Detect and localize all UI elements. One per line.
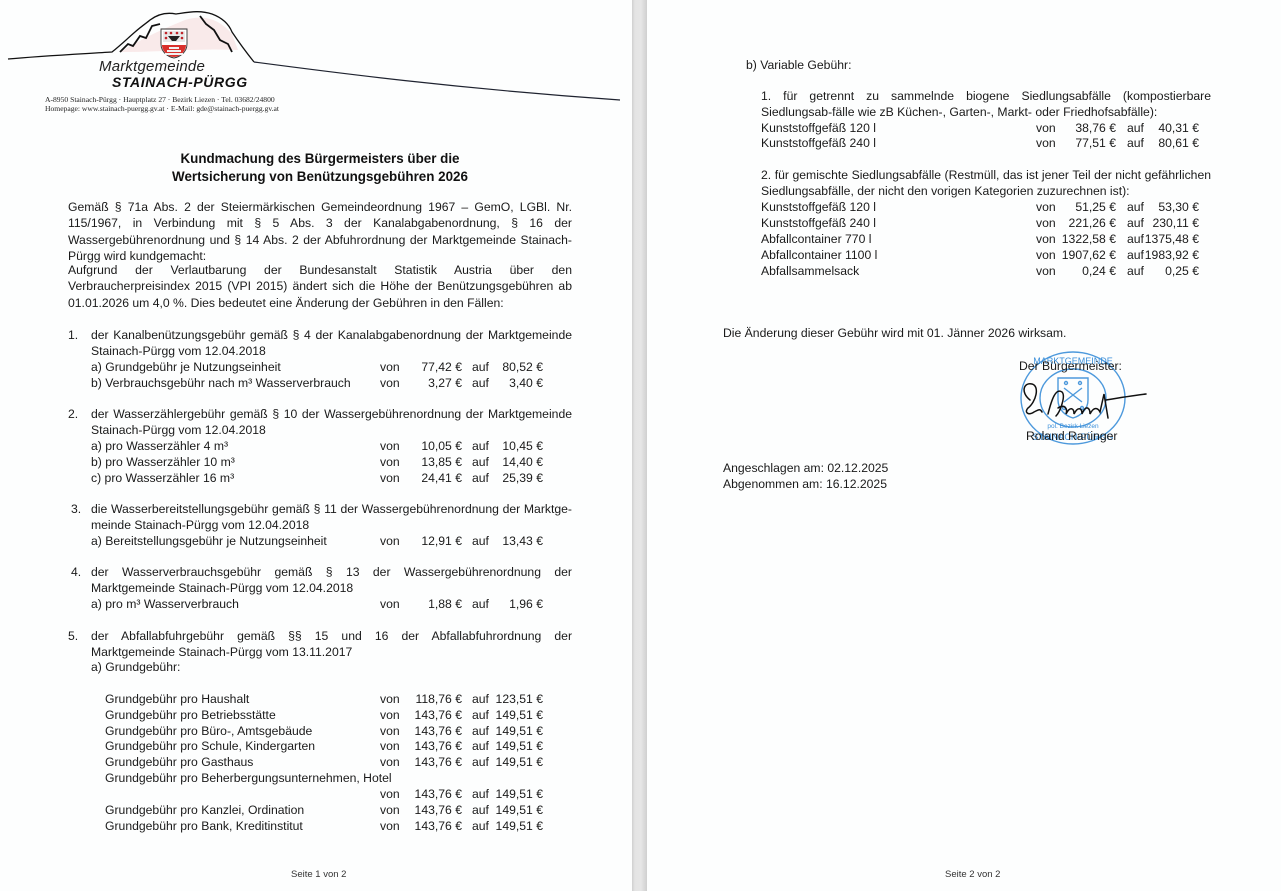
fee-row: b) pro Wasserzähler 10 m³ von 13,85 € au…	[0, 454, 632, 470]
fee-to: 14,40 €	[480, 454, 543, 470]
fee-row: c) pro Wasserzähler 16 m³ von 24,41 € au…	[0, 470, 632, 486]
fee-row: Kunststoffgefäß 120 l von 38,76 € auf 40…	[0, 120, 1281, 136]
fee-row: b) Verbrauchsgebühr nach m³ Wasserverbra…	[0, 375, 632, 391]
fee-label: Grundgebühr pro Kanzlei, Ordination	[105, 802, 304, 818]
fee-to: 10,45 €	[480, 438, 543, 454]
fee-label: Grundgebühr pro Schule, Kindergarten	[105, 738, 315, 754]
handwritten-signature	[1018, 378, 1148, 428]
posted-date: Angeschlagen am: 02.12.2025	[723, 460, 888, 476]
fee-from: 38,76 €	[1050, 120, 1116, 136]
fee-to: 123,51 €	[480, 691, 543, 707]
fee-label: Grundgebühr pro Beherbergungsunternehmen…	[105, 770, 392, 786]
fee-to: 80,61 €	[1135, 135, 1199, 151]
fee-to: 1983,92 €	[1135, 247, 1199, 263]
fee-to: 25,39 €	[480, 470, 543, 486]
fee-from: 143,76 €	[395, 754, 462, 770]
fee-row: Kunststoffgefäß 240 l von 77,51 € auf 80…	[0, 135, 1281, 151]
fee-to: 3,40 €	[480, 375, 543, 391]
item-text: die Wasserbereitstellungsgebühr gemäß § …	[91, 501, 572, 534]
item-number: 1.	[68, 327, 78, 343]
fee-from: 77,51 €	[1050, 135, 1116, 151]
fee-row: a) Grundgebühr je Nutzungseinheit von 77…	[0, 359, 632, 375]
fee-row: Grundgebühr pro Kanzlei, Ordinationvon14…	[0, 802, 632, 818]
fee-to: 149,51 €	[480, 723, 543, 739]
effective-note: Die Änderung dieser Gebühr wird mit 01. …	[723, 325, 1066, 341]
fee-to: 149,51 €	[480, 786, 543, 802]
fee-to: 53,30 €	[1135, 199, 1199, 215]
fee-label: Grundgebühr pro Büro-, Amtsgebäude	[105, 723, 312, 739]
item-text: der Wasserverbrauchsgebühr gemäß § 13 de…	[91, 564, 572, 597]
fee-label: a) Bereitstellungsgebühr je Nutzungseinh…	[91, 533, 327, 549]
fee-label: Kunststoffgefäß 240 l	[761, 215, 876, 231]
fee-from: 143,76 €	[395, 723, 462, 739]
fee-from: 1322,58 €	[1050, 231, 1116, 247]
fee-to: 149,51 €	[480, 754, 543, 770]
title-line-1: Kundmachung des Bürgermeisters über die	[80, 150, 560, 168]
variable-group-text: 1. für getrennt zu sammelnde biogene Sie…	[761, 88, 1211, 121]
fee-row: Grundgebühr pro Gasthausvon143,76 €auf14…	[0, 754, 632, 770]
fee-row: a) pro Wasserzähler 4 m³ von 10,05 € auf…	[0, 438, 632, 454]
fee-from: 3,27 €	[395, 375, 462, 391]
fee-label: a) pro m³ Wasserverbrauch	[91, 596, 239, 612]
sub-heading: a) Grundgebühr:	[91, 659, 180, 675]
signature-role: Der Bürgermeister:	[1019, 358, 1122, 374]
fee-to: 13,43 €	[480, 533, 543, 549]
fee-row: Grundgebühr pro Bank, Kreditinstitutvon1…	[0, 818, 632, 834]
fee-row: a) Bereitstellungsgebühr je Nutzungseinh…	[0, 533, 632, 549]
coat-of-arms-icon	[161, 29, 187, 58]
fee-to: 80,52 €	[480, 359, 543, 375]
fee-row: Grundgebühr pro Schule, Kindergartenvon1…	[0, 738, 632, 754]
item-number: 4.	[71, 564, 81, 580]
fee-label: a) pro Wasserzähler 4 m³	[91, 438, 228, 454]
fee-from: 118,76 €	[395, 691, 462, 707]
brand-name: STAINACH-PÜRGG	[112, 74, 248, 90]
fee-to: 1,96 €	[480, 596, 543, 612]
fee-label: Abfallsammelsack	[761, 263, 859, 279]
item-text: der Kanalbenützungsgebühr gemäß § 4 der …	[91, 327, 572, 360]
fee-row: a) pro m³ Wasserverbrauch von 1,88 € auf…	[0, 596, 632, 612]
fee-to: 1375,48 €	[1135, 231, 1199, 247]
fee-to: 149,51 €	[480, 738, 543, 754]
fee-label: Grundgebühr pro Betriebsstätte	[105, 707, 276, 723]
fee-row: Abfallsammelsackvon0,24 €auf0,25 €	[0, 263, 1281, 279]
fee-to: 40,31 €	[1135, 120, 1199, 136]
fee-label: Grundgebühr pro Bank, Kreditinstitut	[105, 818, 303, 834]
contact-line: Homepage: www.stainach-puergg.gv.at · E-…	[45, 104, 279, 114]
fee-from: 1,88 €	[395, 596, 462, 612]
fee-label: Kunststoffgefäß 120 l	[761, 120, 876, 136]
fee-label: Kunststoffgefäß 240 l	[761, 135, 876, 151]
fee-label: a) Grundgebühr je Nutzungseinheit	[91, 359, 281, 375]
fee-from: 143,76 €	[395, 786, 462, 802]
page-footer: Seite 2 von 2	[945, 869, 1000, 880]
fee-from: 13,85 €	[395, 454, 462, 470]
fee-label: Grundgebühr pro Gasthaus	[105, 754, 253, 770]
fee-to: 149,51 €	[480, 802, 543, 818]
fee-to: 149,51 €	[480, 818, 543, 834]
item-text: der Abfallabfuhrgebühr gemäß §§ 15 und 1…	[91, 628, 572, 661]
fee-to: 230,11 €	[1135, 215, 1199, 231]
fee-from: 24,41 €	[395, 470, 462, 486]
item-text: der Wasserzählergebühr gemäß § 10 der Wa…	[91, 406, 572, 439]
item-number: 5.	[68, 628, 78, 644]
fee-from: 0,24 €	[1050, 263, 1116, 279]
fee-from: 143,76 €	[395, 818, 462, 834]
signer-name: Roland Raninger	[1026, 428, 1117, 444]
variable-fee-heading: b) Variable Gebühr:	[746, 57, 851, 73]
removed-date: Abgenommen am: 16.12.2025	[723, 476, 887, 492]
fee-to: 0,25 €	[1135, 263, 1199, 279]
fee-row: Grundgebühr pro Beherbergungsunternehmen…	[0, 770, 632, 802]
page-footer: Seite 1 von 2	[291, 869, 346, 880]
fee-from: 143,76 €	[395, 707, 462, 723]
fee-row: Kunststoffgefäß 120 lvon51,25 €auf53,30 …	[0, 199, 1281, 215]
fee-label: Kunststoffgefäß 120 l	[761, 199, 876, 215]
fee-from: 143,76 €	[395, 802, 462, 818]
document-title: Kundmachung des Bürgermeisters über die …	[80, 150, 560, 186]
brand-prefix: Marktgemeinde	[99, 58, 205, 75]
fee-row: Grundgebühr pro Betriebsstättevon143,76 …	[0, 707, 632, 723]
municipality-logo	[0, 0, 632, 110]
fee-from: 1907,62 €	[1050, 247, 1116, 263]
item-number: 3.	[71, 501, 81, 517]
fee-label: Grundgebühr pro Haushalt	[105, 691, 249, 707]
fee-label: b) pro Wasserzähler 10 m³	[91, 454, 235, 470]
fee-row: Kunststoffgefäß 240 lvon221,26 €auf230,1…	[0, 215, 1281, 231]
item-number: 2.	[68, 406, 78, 422]
fee-to: 149,51 €	[480, 707, 543, 723]
fee-row: Abfallcontainer 1100 lvon1907,62 €auf198…	[0, 247, 1281, 263]
fee-from: 143,76 €	[395, 738, 462, 754]
title-line-2: Wertsicherung von Benützungsgebühren 202…	[80, 168, 560, 186]
fee-row: Abfallcontainer 770 lvon1322,58 €auf1375…	[0, 231, 1281, 247]
fee-from: 77,42 €	[395, 359, 462, 375]
fee-label: Abfallcontainer 770 l	[761, 231, 871, 247]
fee-label: b) Verbrauchsgebühr nach m³ Wasserverbra…	[91, 375, 351, 391]
fee-from: 51,25 €	[1050, 199, 1116, 215]
fee-from: 10,05 €	[395, 438, 462, 454]
fee-label: Abfallcontainer 1100 l	[761, 247, 877, 263]
variable-group-text: 2. für gemischte Siedlungsabfälle (Restm…	[761, 167, 1211, 200]
fee-from: 221,26 €	[1050, 215, 1116, 231]
fee-label: c) pro Wasserzähler 16 m³	[91, 470, 234, 486]
fee-from: 12,91 €	[395, 533, 462, 549]
fee-row: Grundgebühr pro Haushaltvon118,76 €auf12…	[0, 691, 632, 707]
fee-row: Grundgebühr pro Büro-, Amtsgebäudevon143…	[0, 723, 632, 739]
